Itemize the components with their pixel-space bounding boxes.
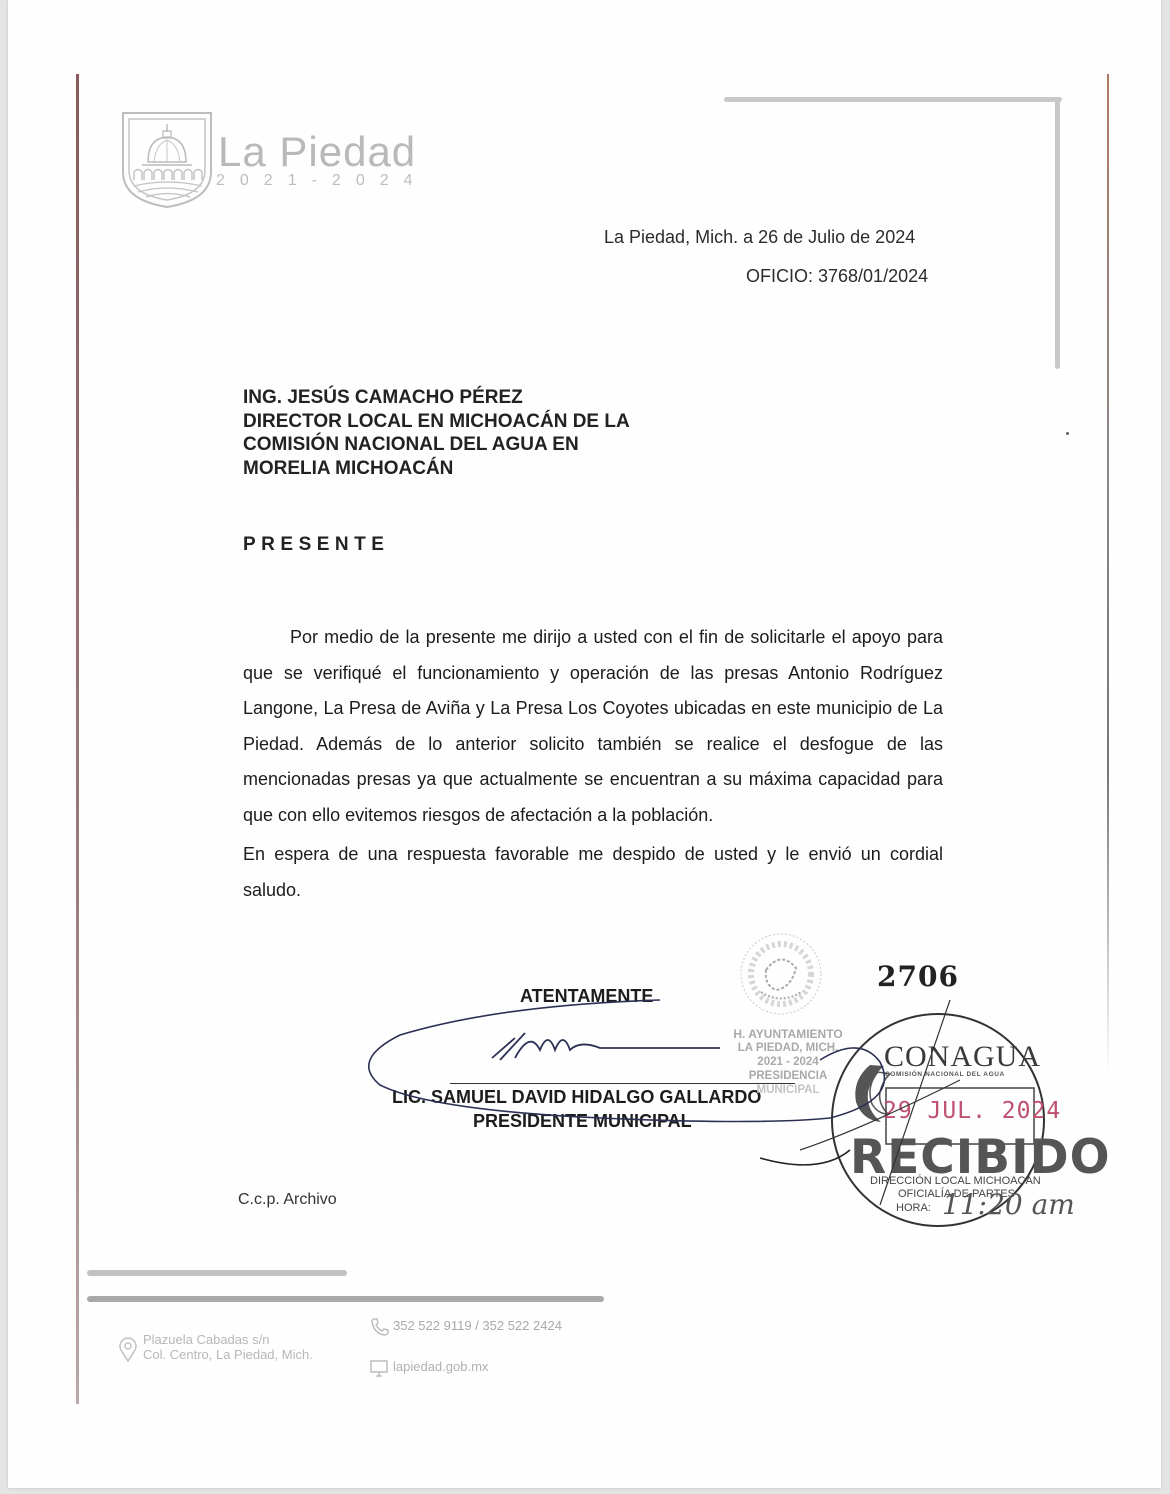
- ccp-line: C.c.p. Archivo: [238, 1191, 337, 1209]
- salutation: PRESENTE: [243, 534, 389, 556]
- date-line: La Piedad, Mich. a 26 de Julio de 2024: [604, 227, 915, 248]
- conagua-wordmark: CONAGUA: [884, 1040, 1041, 1074]
- mexico-coat-of-arms-icon: [736, 930, 826, 1018]
- letterhead-years: 2021-2024: [216, 172, 428, 190]
- recipient-city: MORELIA MICHOACÁN: [243, 457, 630, 481]
- cathedral-dome-shield-icon: [120, 110, 214, 210]
- conagua-subtitle: COMISIÓN NACIONAL DEL AGUA: [885, 1071, 1005, 1078]
- recipient-title: DIRECTOR LOCAL EN MICHOACÁN DE LA: [243, 410, 630, 434]
- footer-address: Plazuela Cabadas s/n Col. Centro, La Pie…: [143, 1332, 313, 1362]
- recipient-name: ING. JESÚS CAMACHO PÉREZ: [243, 386, 630, 410]
- body-paragraph: En espera de una respuesta favorable me …: [243, 837, 943, 908]
- speck: [1066, 432, 1069, 435]
- footer-website: lapiedad.gob.mx: [393, 1359, 488, 1374]
- page-edge-left: [76, 74, 79, 1404]
- recipient-block: ING. JESÚS CAMACHO PÉREZ DIRECTOR LOCAL …: [243, 386, 630, 480]
- letterhead-corner-bar-vertical: [1055, 97, 1060, 369]
- signer-name: LIC. SAMUEL DAVID HIDALGO GALLARDO: [392, 1087, 761, 1108]
- footer-bar: [87, 1270, 347, 1276]
- received-date: 29 JUL. 2024: [883, 1098, 1061, 1124]
- stamp-time-label: HORA:: [896, 1202, 931, 1214]
- phone-icon: [370, 1317, 390, 1337]
- handwritten-time: 11:20 am: [942, 1188, 1075, 1221]
- letterhead-wordmark: La Piedad: [218, 128, 416, 176]
- stamp-office-line: DIRECCIÓN LOCAL MICHOACÁN: [870, 1175, 1041, 1187]
- footer-bar: [87, 1296, 604, 1302]
- folio-number: 2706: [877, 960, 959, 993]
- closing-atentamente: ATENTAMENTE: [520, 986, 653, 1007]
- map-pin-icon: [118, 1337, 138, 1363]
- body-paragraph: Por medio de la presente me dirijo a ust…: [243, 620, 943, 833]
- footer-phone: 352 522 9119 / 352 522 2424: [393, 1318, 562, 1333]
- letter-body: Por medio de la presente me dirijo a ust…: [243, 620, 943, 908]
- monitor-icon: [370, 1360, 388, 1378]
- recipient-org: COMISIÓN NACIONAL DEL AGUA EN: [243, 433, 630, 457]
- signer-title: PRESIDENTE MUNICIPAL: [473, 1111, 692, 1132]
- oficio-number: OFICIO: 3768/01/2024: [746, 266, 928, 287]
- page-edge-right: [1107, 74, 1109, 1074]
- letterhead-corner-bar: [724, 97, 1062, 102]
